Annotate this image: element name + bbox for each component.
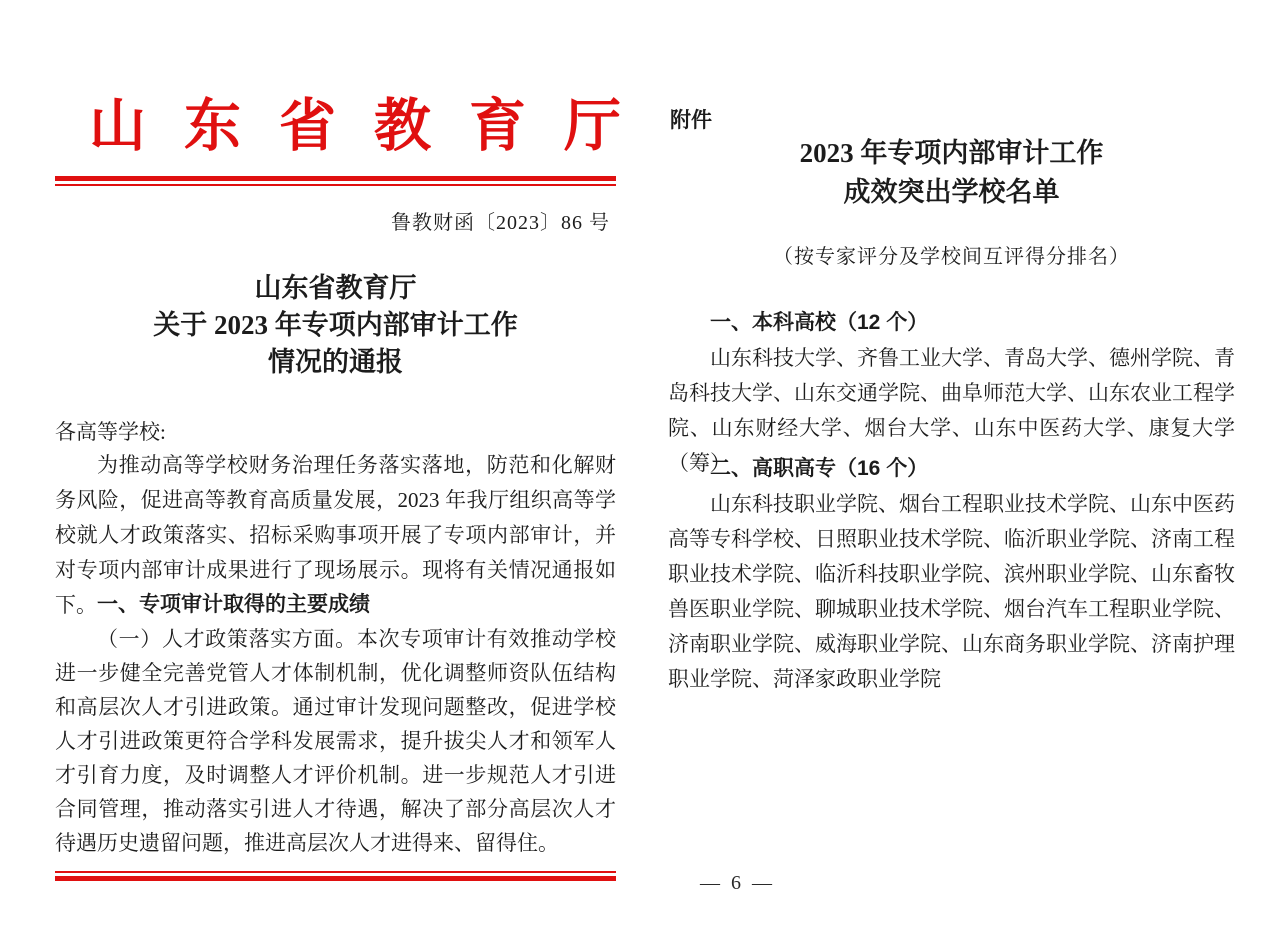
notice-title-line2: 关于 2023 年专项内部审计工作 xyxy=(55,307,616,344)
page-left: 山东省教育厅 鲁教财函〔2023〕86 号 山东省教育厅 关于 2023 年专项… xyxy=(55,0,616,952)
notice-title: 山东省教育厅 关于 2023 年专项内部审计工作 情况的通报 xyxy=(55,270,616,381)
masthead-title: 山东省教育厅 xyxy=(55,88,616,166)
notice-title-line1: 山东省教育厅 xyxy=(55,270,616,307)
red-double-rule-header xyxy=(55,176,616,186)
attachment-subtitle: （按专家评分及学校间互评得分排名） xyxy=(668,240,1235,269)
section-heading-vocational: 二、高职高专（16 个） xyxy=(668,452,1235,482)
attachment-label: 附件 xyxy=(670,104,712,134)
paragraph-talent-policy: （一）人才政策落实方面。本次专项审计有效推动学校进一步健全完善党管人才体制机制，… xyxy=(55,622,616,860)
section-heading-main-achievements: 一、专项审计取得的主要成绩 xyxy=(55,588,616,618)
salutation: 各高等学校: xyxy=(55,416,166,446)
attachment-title-line2: 成效突出学校名单 xyxy=(668,173,1235,212)
page-right: 附件 2023 年专项内部审计工作 成效突出学校名单 （按专家评分及学校间互评得… xyxy=(668,0,1235,952)
page-number: — 6 — xyxy=(700,872,775,895)
red-double-rule-footer xyxy=(55,871,616,881)
attachment-title-line1: 2023 年专项内部审计工作 xyxy=(668,134,1235,173)
section-heading-undergraduate: 一、本科高校（12 个） xyxy=(668,306,1235,336)
notice-title-line3: 情况的通报 xyxy=(55,344,616,381)
document-sheet: 山东省教育厅 鲁教财函〔2023〕86 号 山东省教育厅 关于 2023 年专项… xyxy=(0,0,1269,952)
document-number: 鲁教财函〔2023〕86 号 xyxy=(391,206,610,235)
vocational-school-list: 山东科技职业学院、烟台工程职业技术学院、山东中医药高等专科学校、日照职业技术学院… xyxy=(668,487,1235,697)
attachment-title: 2023 年专项内部审计工作 成效突出学校名单 xyxy=(668,134,1235,212)
